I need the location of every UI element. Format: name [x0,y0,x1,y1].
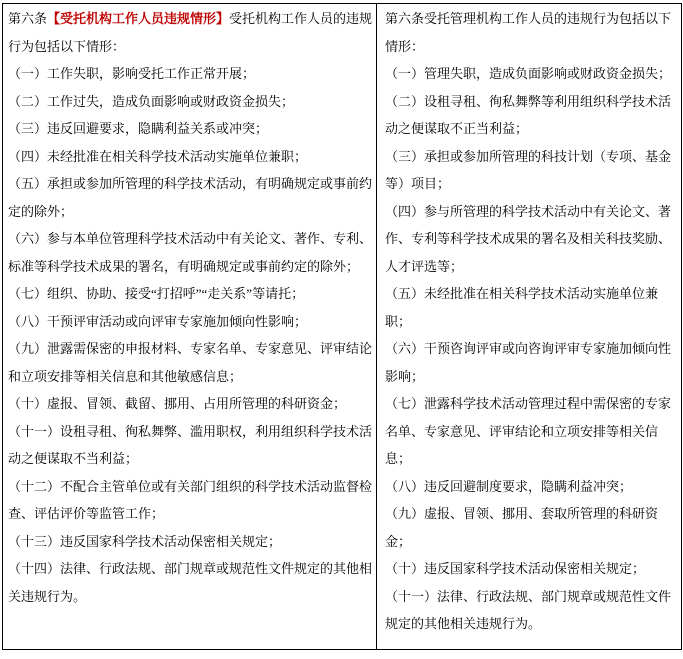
clause-item: （十二）不配合主管单位或有关部门组织的科学技术活动监督检查、评估评价等监管工作； [8,473,373,528]
left-heading: 第六条【受托机构工作人员违规情形】受托机构工作人员的违规行为包括以下情形： [8,5,373,60]
clause-item: （十一）法律、行政法规、部门规章或规范性文件规定的其他相关违规行为。 [385,583,671,638]
clause-item: （四）参与所管理的科学技术活动中有关论文、著作、专利等科学技术成果的署名及相关科… [385,198,671,281]
right-heading: 第六条受托管理机构工作人员的违规行为包括以下情形： [385,5,671,60]
clause-item: （六）干预咨询评审或向咨询评审专家施加倾向性影响； [385,335,671,390]
clause-item: （十一）设租寻租、徇私舞弊、滥用职权，利用组织科学技术活动之便谋取不当利益； [8,418,373,473]
clause-item: （九）泄露需保密的申报材料、专家名单、专家意见、评审结论和立项安排等相关信息和其… [8,335,373,390]
left-heading-emphasis: 【受托机构工作人员违规情形】 [47,11,229,26]
clause-item: （八）干预评审活动或向评审专家施加倾向性影响； [8,308,373,336]
clause-item: （二）设租寻租、徇私舞弊等利用组织科学技术活动之便谋取不正当利益； [385,88,671,143]
clause-item: （十三）违反国家科学技术活动保密相关规定； [8,528,373,556]
clause-item: （四）未经批准在相关科学技术活动实施单位兼职； [8,143,373,171]
right-column-cell: 第六条受托管理机构工作人员的违规行为包括以下情形： （一）管理失职，造成负面影响… [377,4,682,650]
clause-item: （二）工作过失，造成负面影响或财政资金损失； [8,88,373,116]
right-clause-list: （一）管理失职，造成负面影响或财政资金损失；（二）设租寻租、徇私舞弊等利用组织科… [385,60,671,638]
left-heading-prefix: 第六条 [8,11,47,26]
clause-item: （七）组织、协助、接受“打招呼”“走关系”等请托； [8,280,373,308]
document-page: 第六条【受托机构工作人员违规情形】受托机构工作人员的违规行为包括以下情形： （一… [0,0,683,659]
left-column-cell: 第六条【受托机构工作人员违规情形】受托机构工作人员的违规行为包括以下情形： （一… [3,4,377,650]
clause-item: （一）工作失职，影响受托工作正常开展； [8,60,373,88]
clause-item: （八）违反回避制度要求，隐瞒利益冲突； [385,473,671,501]
clause-item: （七）泄露科学技术活动管理过程中需保密的专家名单、专家意见、评审结论和立项安排等… [385,390,671,473]
clause-item: （五）承担或参加所管理的科学技术活动，有明确规定或事前约定的除外； [8,170,373,225]
left-clause-list: （一）工作失职，影响受托工作正常开展；（二）工作过失，造成负面影响或财政资金损失… [8,60,373,610]
clause-item: （三）承担或参加所管理的科技计划（专项、基金等）项目； [385,143,671,198]
clause-item: （十四）法律、行政法规、部门规章或规范性文件规定的其他相关违规行为。 [8,555,373,610]
clause-item: （五）未经批准在相关科学技术活动实施单位兼职； [385,280,671,335]
regulation-compare-table: 第六条【受托机构工作人员违规情形】受托机构工作人员的违规行为包括以下情形： （一… [2,3,682,650]
clause-item: （十）违反国家科学技术活动保密相关规定； [385,555,671,583]
clause-item: （六）参与本单位管理科学技术活动中有关论文、著作、专利、标准等科学技术成果的署名… [8,225,373,280]
clause-item: （三）违反回避要求，隐瞒利益关系或冲突； [8,115,373,143]
clause-item: （一）管理失职，造成负面影响或财政资金损失； [385,60,671,88]
table-row: 第六条【受托机构工作人员违规情形】受托机构工作人员的违规行为包括以下情形： （一… [3,4,682,650]
clause-item: （十）虚报、冒领、截留、挪用、占用所管理的科研资金； [8,390,373,418]
clause-item: （九）虚报、冒领、挪用、套取所管理的科研资金； [385,500,671,555]
